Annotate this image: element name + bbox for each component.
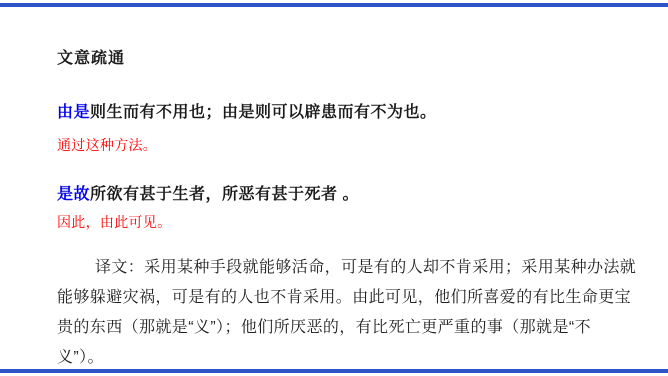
source-sentence-1: 由是则生而有不用也；由是则可以辟患而有不为也。 [57,101,658,125]
source-rest-1: 则生而有不用也；由是则可以辟患而有不为也。 [90,104,437,121]
source-rest-2: 所欲有甚于生者，所恶有甚于死者 。 [90,186,359,203]
translation-line: 能够躲避灾祸，可是有的人也不肯采用。由此可见，他们所喜爱的有比生命更宝 [57,283,658,313]
translation-line: 译文：采用某种手段就能够活命，可是有的人却不肯采用；采用某种办法就 [57,253,658,283]
annotation-note-2: 因此，由此可见。 [57,212,658,232]
translation-line: 贵的东西（那就是“义”）；他们所厌恶的，有比死亡更严重的事（那就是“不 [57,313,658,343]
source-sentence-2: 是故所欲有甚于生者，所恶有甚于死者 。 [57,183,658,207]
source-highlight-1: 由是 [57,104,90,121]
slide-title: 文意疏通 [57,47,658,71]
bottom-accent-bar [0,369,668,373]
presentation-slide: 文意疏通 由是则生而有不用也；由是则可以辟患而有不为也。 通过这种方法。 是故所… [0,0,668,376]
top-accent-bar [0,3,668,7]
translation-paragraph: 译文：采用某种手段就能够活命，可是有的人却不肯采用；采用某种办法就 能够躲避灾祸… [57,253,658,373]
annotation-note-1: 通过这种方法。 [57,135,658,155]
slide-content: 文意疏通 由是则生而有不用也；由是则可以辟患而有不为也。 通过这种方法。 是故所… [57,47,658,373]
source-highlight-2: 是故 [57,186,90,203]
